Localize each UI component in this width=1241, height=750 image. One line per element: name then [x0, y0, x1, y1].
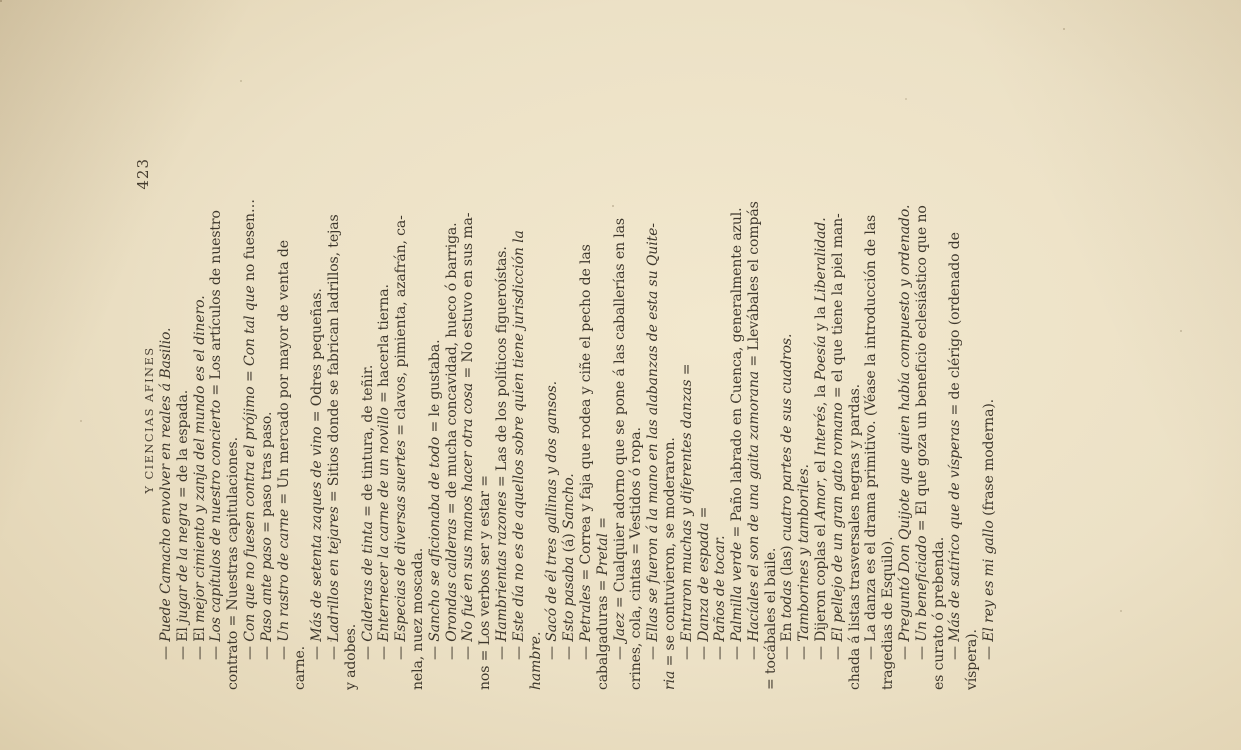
glossary-line: — La danza es el drama primitivo. (Véase…: [863, 142, 880, 690]
glossary-line: — En todas (las) cuatro partes de sus cu…: [779, 142, 796, 690]
glossary-line: — Hacíales el son de una gaita zamorana …: [746, 142, 763, 690]
running-head: Y CIENCIAS AFINES 423: [138, 150, 157, 690]
glossary-line: — Hambrientas razones = Las de los polít…: [494, 142, 511, 690]
glossary-line: — Enternecer la carne de un novillo = ha…: [376, 142, 393, 690]
glossary-line: — No fué en sus manos hacer otra cosa = …: [460, 142, 477, 690]
glossary-line: — Este día no es de aquellos sobre quien…: [511, 142, 528, 690]
glossary-text-block: — Puede Camacho envolver en reales á Bas…: [158, 142, 998, 690]
glossary-line: cabalgaduras = Pretal =: [595, 142, 612, 690]
glossary-line: hambre.: [528, 142, 545, 690]
glossary-line: — El pellejo de un gran gato romano = el…: [830, 142, 847, 690]
glossary-line: carne.: [292, 142, 309, 690]
glossary-line: — Más de setenta zaques de vino = Odres …: [309, 142, 326, 690]
glossary-line: — Un rastro de carne = Un mercado por ma…: [276, 142, 293, 690]
glossary-line: crines, cola, cintas = Vestidos ó ropa.: [628, 142, 645, 690]
glossary-line: y adobes.: [343, 142, 360, 690]
glossary-line: — Orondas calderas = de mucha concavidad…: [444, 142, 461, 690]
glossary-line: — Esto pasaba (á) Sancho.: [561, 142, 578, 690]
glossary-line: — Ellas se fueron á la mano en las alaba…: [645, 142, 662, 690]
glossary-line: — Paso ante paso = paso tras paso.: [259, 142, 276, 690]
glossary-line: — Sacó de él tres gallinas y dos gansos.: [544, 142, 561, 690]
glossary-line: — Puede Camacho envolver en reales á Bas…: [158, 142, 175, 690]
glossary-line: — Paños de tocar.: [712, 142, 729, 690]
glossary-line: — Tamborines y tamboriles.: [796, 142, 813, 690]
book-page: Y CIENCIAS AFINES 423 — Puede Camacho en…: [0, 0, 1241, 750]
glossary-line: — Petrales = Correa y faja que rodea y c…: [578, 142, 595, 690]
glossary-line: — Calderas de tinta = de tintura, de teñ…: [360, 142, 377, 690]
glossary-line: — Especias de diversas suertes = clavos,…: [393, 142, 410, 690]
glossary-line: — Dijeron coplas el Amor, el Interés, la…: [813, 142, 830, 690]
glossary-line: — Sancho se aficionaba de todo = le gust…: [427, 142, 444, 690]
glossary-line: — El jugar de la negra = de la espada.: [175, 142, 192, 690]
glossary-line: — Un beneficiado = El que goza un benefi…: [914, 142, 931, 690]
glossary-line: nos = Los verbos ser y estar =: [477, 142, 494, 690]
glossary-line: — Preguntó Don Quijote que quien había c…: [897, 142, 914, 690]
glossary-line: = tocábales el baile.: [763, 142, 780, 690]
glossary-line: chada á listas trasversales negras y par…: [847, 142, 864, 690]
glossary-line: nela, nuez moscada.: [410, 142, 427, 690]
running-title: Y CIENCIAS AFINES: [142, 346, 156, 493]
page-number: 423: [134, 158, 152, 190]
scanned-page-image: Y CIENCIAS AFINES 423 — Puede Camacho en…: [0, 0, 1241, 750]
glossary-line: — Ladrillos en tejares = Sitios donde se…: [326, 142, 343, 690]
glossary-line: — Danza de espada =: [696, 142, 713, 690]
glossary-line: es curato ó prebenda.: [931, 142, 948, 690]
glossary-line: — Entraron muchas y diferentes danzas =: [679, 142, 696, 690]
glossary-line: contrato = Nuestras capitulaciones.: [225, 142, 242, 690]
glossary-line: ria = se contuvieron, se moderaron.: [662, 142, 679, 690]
glossary-line: tragedias de Esquilo).: [880, 142, 897, 690]
glossary-line: — Jaez = Cualquier adorno que se pone á …: [612, 142, 629, 690]
glossary-line: — Palmilla verde = Paño labrado en Cuenc…: [729, 142, 746, 690]
glossary-line: — El mejor cimiento y zanja del mundo es…: [192, 142, 209, 690]
glossary-line: — El rey es mi gallo (frase moderna).: [981, 142, 998, 690]
glossary-line: — Más de satírico que de vísperas = de c…: [947, 142, 964, 690]
glossary-line: víspera).: [964, 142, 981, 690]
glossary-line: — Con que no fuesen contra el prójimo = …: [242, 142, 259, 690]
glossary-line: — Los capítulos de nuestro concierto = L…: [208, 142, 225, 690]
